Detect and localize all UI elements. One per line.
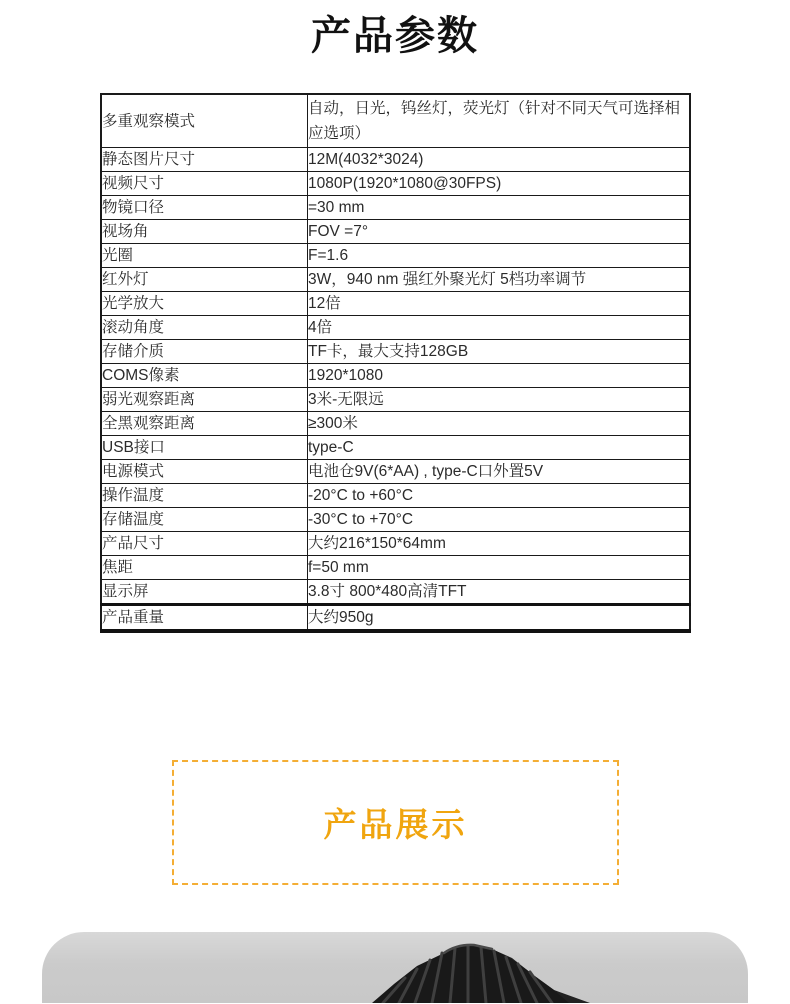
page-title: 产品参数 (0, 13, 790, 59)
spec-value: 12倍 (308, 292, 691, 316)
table-row: USB接口 type-C (101, 436, 690, 460)
spec-label: 滚动角度 (101, 316, 308, 340)
spec-label: 存储温度 (101, 508, 308, 532)
product-detail-page: 产品参数 多重观察模式 自动，日光，钨丝灯，荧光灯（针对不同天气可选择相应选项）… (0, 13, 790, 1003)
night-vision-lens-image (42, 932, 748, 1003)
spec-value: -20°C to +60°C (308, 484, 691, 508)
spec-value: 4倍 (308, 316, 691, 340)
spec-label: 多重观察模式 (101, 94, 308, 148)
spec-value: 自动，日光，钨丝灯，荧光灯（针对不同天气可选择相应选项） (308, 94, 691, 148)
table-row: 光圈 F=1.6 (101, 244, 690, 268)
spec-value: 大约216*150*64mm (308, 532, 691, 556)
table-row: 存储介质 TF卡，最大支持128GB (101, 340, 690, 364)
spec-value: TF卡，最大支持128GB (308, 340, 691, 364)
spec-label: 显示屏 (101, 580, 308, 605)
spec-value: -30°C to +70°C (308, 508, 691, 532)
spec-value: 12M(4032*3024) (308, 148, 691, 172)
table-row: 存储温度 -30°C to +70°C (101, 508, 690, 532)
spec-value: 大约950g (308, 605, 691, 632)
table-row: 弱光观察距离 3米-无限远 (101, 388, 690, 412)
spec-table: 多重观察模式 自动，日光，钨丝灯，荧光灯（针对不同天气可选择相应选项） 静态图片… (100, 93, 691, 633)
spec-value: F=1.6 (308, 244, 691, 268)
spec-label: 电源模式 (101, 460, 308, 484)
table-row: 多重观察模式 自动，日光，钨丝灯，荧光灯（针对不同天气可选择相应选项） (101, 94, 690, 148)
spec-value: 1920*1080 (308, 364, 691, 388)
spec-label: 弱光观察距离 (101, 388, 308, 412)
table-row: 光学放大 12倍 (101, 292, 690, 316)
spec-label: COMS像素 (101, 364, 308, 388)
spec-label: USB接口 (101, 436, 308, 460)
spec-label: 产品重量 (101, 605, 308, 632)
spec-value: f=50 mm (308, 556, 691, 580)
spec-label: 全黑观察距离 (101, 412, 308, 436)
spec-value: 电池仓9V(6*AA) , type-C口外置5V (308, 460, 691, 484)
table-row: 物镜口径 =30 mm (101, 196, 690, 220)
table-row: 静态图片尺寸 12M(4032*3024) (101, 148, 690, 172)
spec-label: 视频尺寸 (101, 172, 308, 196)
spec-label: 视场角 (101, 220, 308, 244)
spec-value: type-C (308, 436, 691, 460)
table-row: 操作温度 -20°C to +60°C (101, 484, 690, 508)
table-row: COMS像素 1920*1080 (101, 364, 690, 388)
spec-value: FOV =7° (308, 220, 691, 244)
table-row: 焦距 f=50 mm (101, 556, 690, 580)
spec-label: 光圈 (101, 244, 308, 268)
spec-label: 焦距 (101, 556, 308, 580)
spec-label: 存储介质 (101, 340, 308, 364)
spec-value: 3W，940 nm 强红外聚光灯 5档功率调节 (308, 268, 691, 292)
spec-label: 产品尺寸 (101, 532, 308, 556)
spec-label: 物镜口径 (101, 196, 308, 220)
showcase-title: 产品展示 (324, 799, 468, 846)
spec-label: 静态图片尺寸 (101, 148, 308, 172)
table-row: 产品尺寸 大约216*150*64mm (101, 532, 690, 556)
spec-label: 光学放大 (101, 292, 308, 316)
table-row: 产品重量 大约950g (101, 605, 690, 632)
table-row: 视场角 FOV =7° (101, 220, 690, 244)
spec-label: 红外灯 (101, 268, 308, 292)
product-showcase-banner: 产品展示 (172, 760, 619, 885)
spec-value: 3米-无限远 (308, 388, 691, 412)
spec-value: 1080P(1920*1080@30FPS) (308, 172, 691, 196)
table-row: 显示屏 3.8寸 800*480高清TFT (101, 580, 690, 605)
spec-label: 操作温度 (101, 484, 308, 508)
spec-table-body: 多重观察模式 自动，日光，钨丝灯，荧光灯（针对不同天气可选择相应选项） 静态图片… (101, 94, 690, 631)
table-row: 滚动角度 4倍 (101, 316, 690, 340)
table-row: 红外灯 3W，940 nm 强红外聚光灯 5档功率调节 (101, 268, 690, 292)
spec-value: =30 mm (308, 196, 691, 220)
table-row: 电源模式 电池仓9V(6*AA) , type-C口外置5V (101, 460, 690, 484)
product-photo (42, 932, 748, 1003)
spec-value: ≥300米 (308, 412, 691, 436)
table-row: 视频尺寸 1080P(1920*1080@30FPS) (101, 172, 690, 196)
table-row: 全黑观察距离 ≥300米 (101, 412, 690, 436)
spec-value: 3.8寸 800*480高清TFT (308, 580, 691, 605)
